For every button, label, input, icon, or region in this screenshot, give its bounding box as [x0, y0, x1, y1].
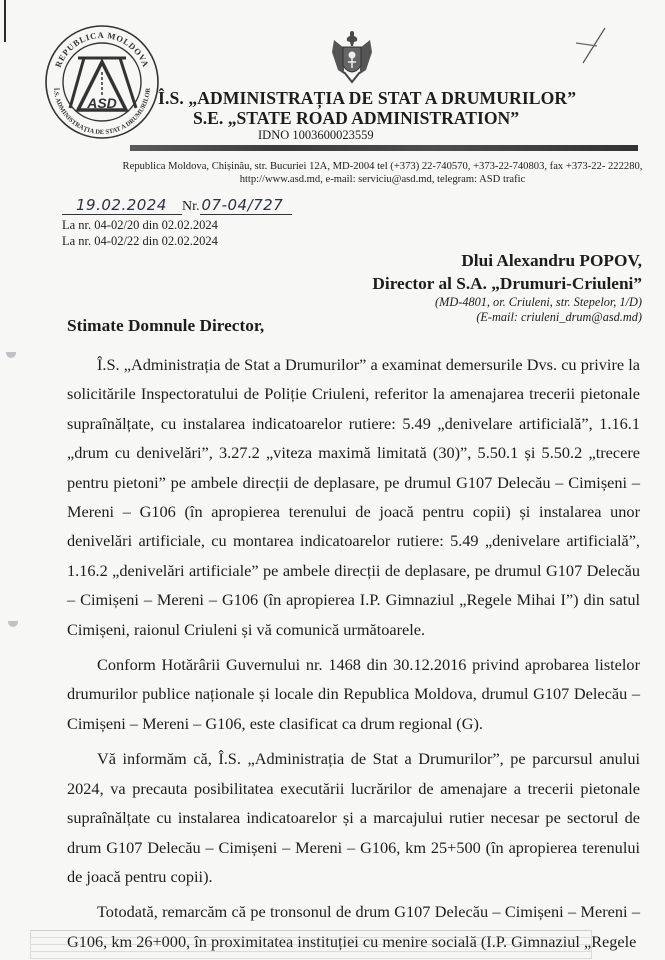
- body-paragraph: Vă informăm că, Î.S. „Administrația de S…: [67, 744, 640, 891]
- addressee-block: Dlui Alexandru POPOV, Director al S.A. „…: [372, 249, 642, 325]
- addressee-name: Dlui Alexandru POPOV,: [372, 249, 642, 272]
- handwritten-check-icon: [575, 25, 615, 65]
- organization-name-ro: Î.S. „ADMINISTRAȚIA DE STAT A DRUMURILOR…: [158, 88, 558, 109]
- hole-punch-mark: [8, 621, 18, 627]
- reference-list: La nr. 04-02/20 din 02.02.2024 La nr. 04…: [62, 217, 218, 249]
- handwritten-date: 19.02.2024: [62, 196, 182, 215]
- margin-pen-mark: [4, 0, 6, 42]
- contact-address-line: Republica Moldova, Chișinău, str. Bucuri…: [100, 160, 665, 173]
- coat-of-arms-icon: [330, 30, 374, 86]
- footer-bleed-through: [30, 930, 592, 959]
- hole-punch-mark: [6, 352, 16, 358]
- reference-item: La nr. 04-02/22 din 02.02.2024: [62, 233, 218, 249]
- scanned-letter-page: REPUBLICA MOLDOVA Î.S. ADMINISTRAȚIA DE …: [0, 0, 665, 960]
- asd-logo-icon: REPUBLICA MOLDOVA Î.S. ADMINISTRAȚIA DE …: [44, 24, 160, 140]
- idno-number: IDNO 1003600023559: [258, 128, 374, 143]
- handwritten-number: 07-04/727: [200, 196, 292, 215]
- addressee-title: Director al S.A. „Drumuri-Criuleni”: [372, 272, 642, 295]
- addressee-address: (MD-4801, or. Criuleni, str. Stepelor, 1…: [372, 295, 642, 310]
- letter-body: Î.S. „Administrația de Stat a Drumurilor…: [67, 350, 640, 956]
- body-paragraph: Conform Hotărârii Guvernului nr. 1468 di…: [67, 650, 640, 738]
- svg-text:ASD: ASD: [86, 95, 117, 111]
- addressee-email: (E-mail: criuleni_drum@asd.md): [372, 310, 642, 325]
- salutation: Stimate Domnule Director,: [67, 316, 264, 336]
- organization-name-en: S.E. „STATE ROAD ADMINISTRATION”: [193, 108, 553, 129]
- letterhead-divider: [130, 145, 638, 151]
- contact-web-line: http://www.asd.md, e-mail: serviciu@asd.…: [100, 173, 665, 186]
- nr-label: Nr.: [182, 199, 200, 214]
- registration-line: 19.02.2024Nr.07-04/727: [62, 196, 292, 215]
- body-paragraph: Î.S. „Administrația de Stat a Drumurilor…: [67, 350, 640, 644]
- reference-item: La nr. 04-02/20 din 02.02.2024: [62, 217, 218, 233]
- contact-details: Republica Moldova, Chișinău, str. Bucuri…: [100, 160, 665, 186]
